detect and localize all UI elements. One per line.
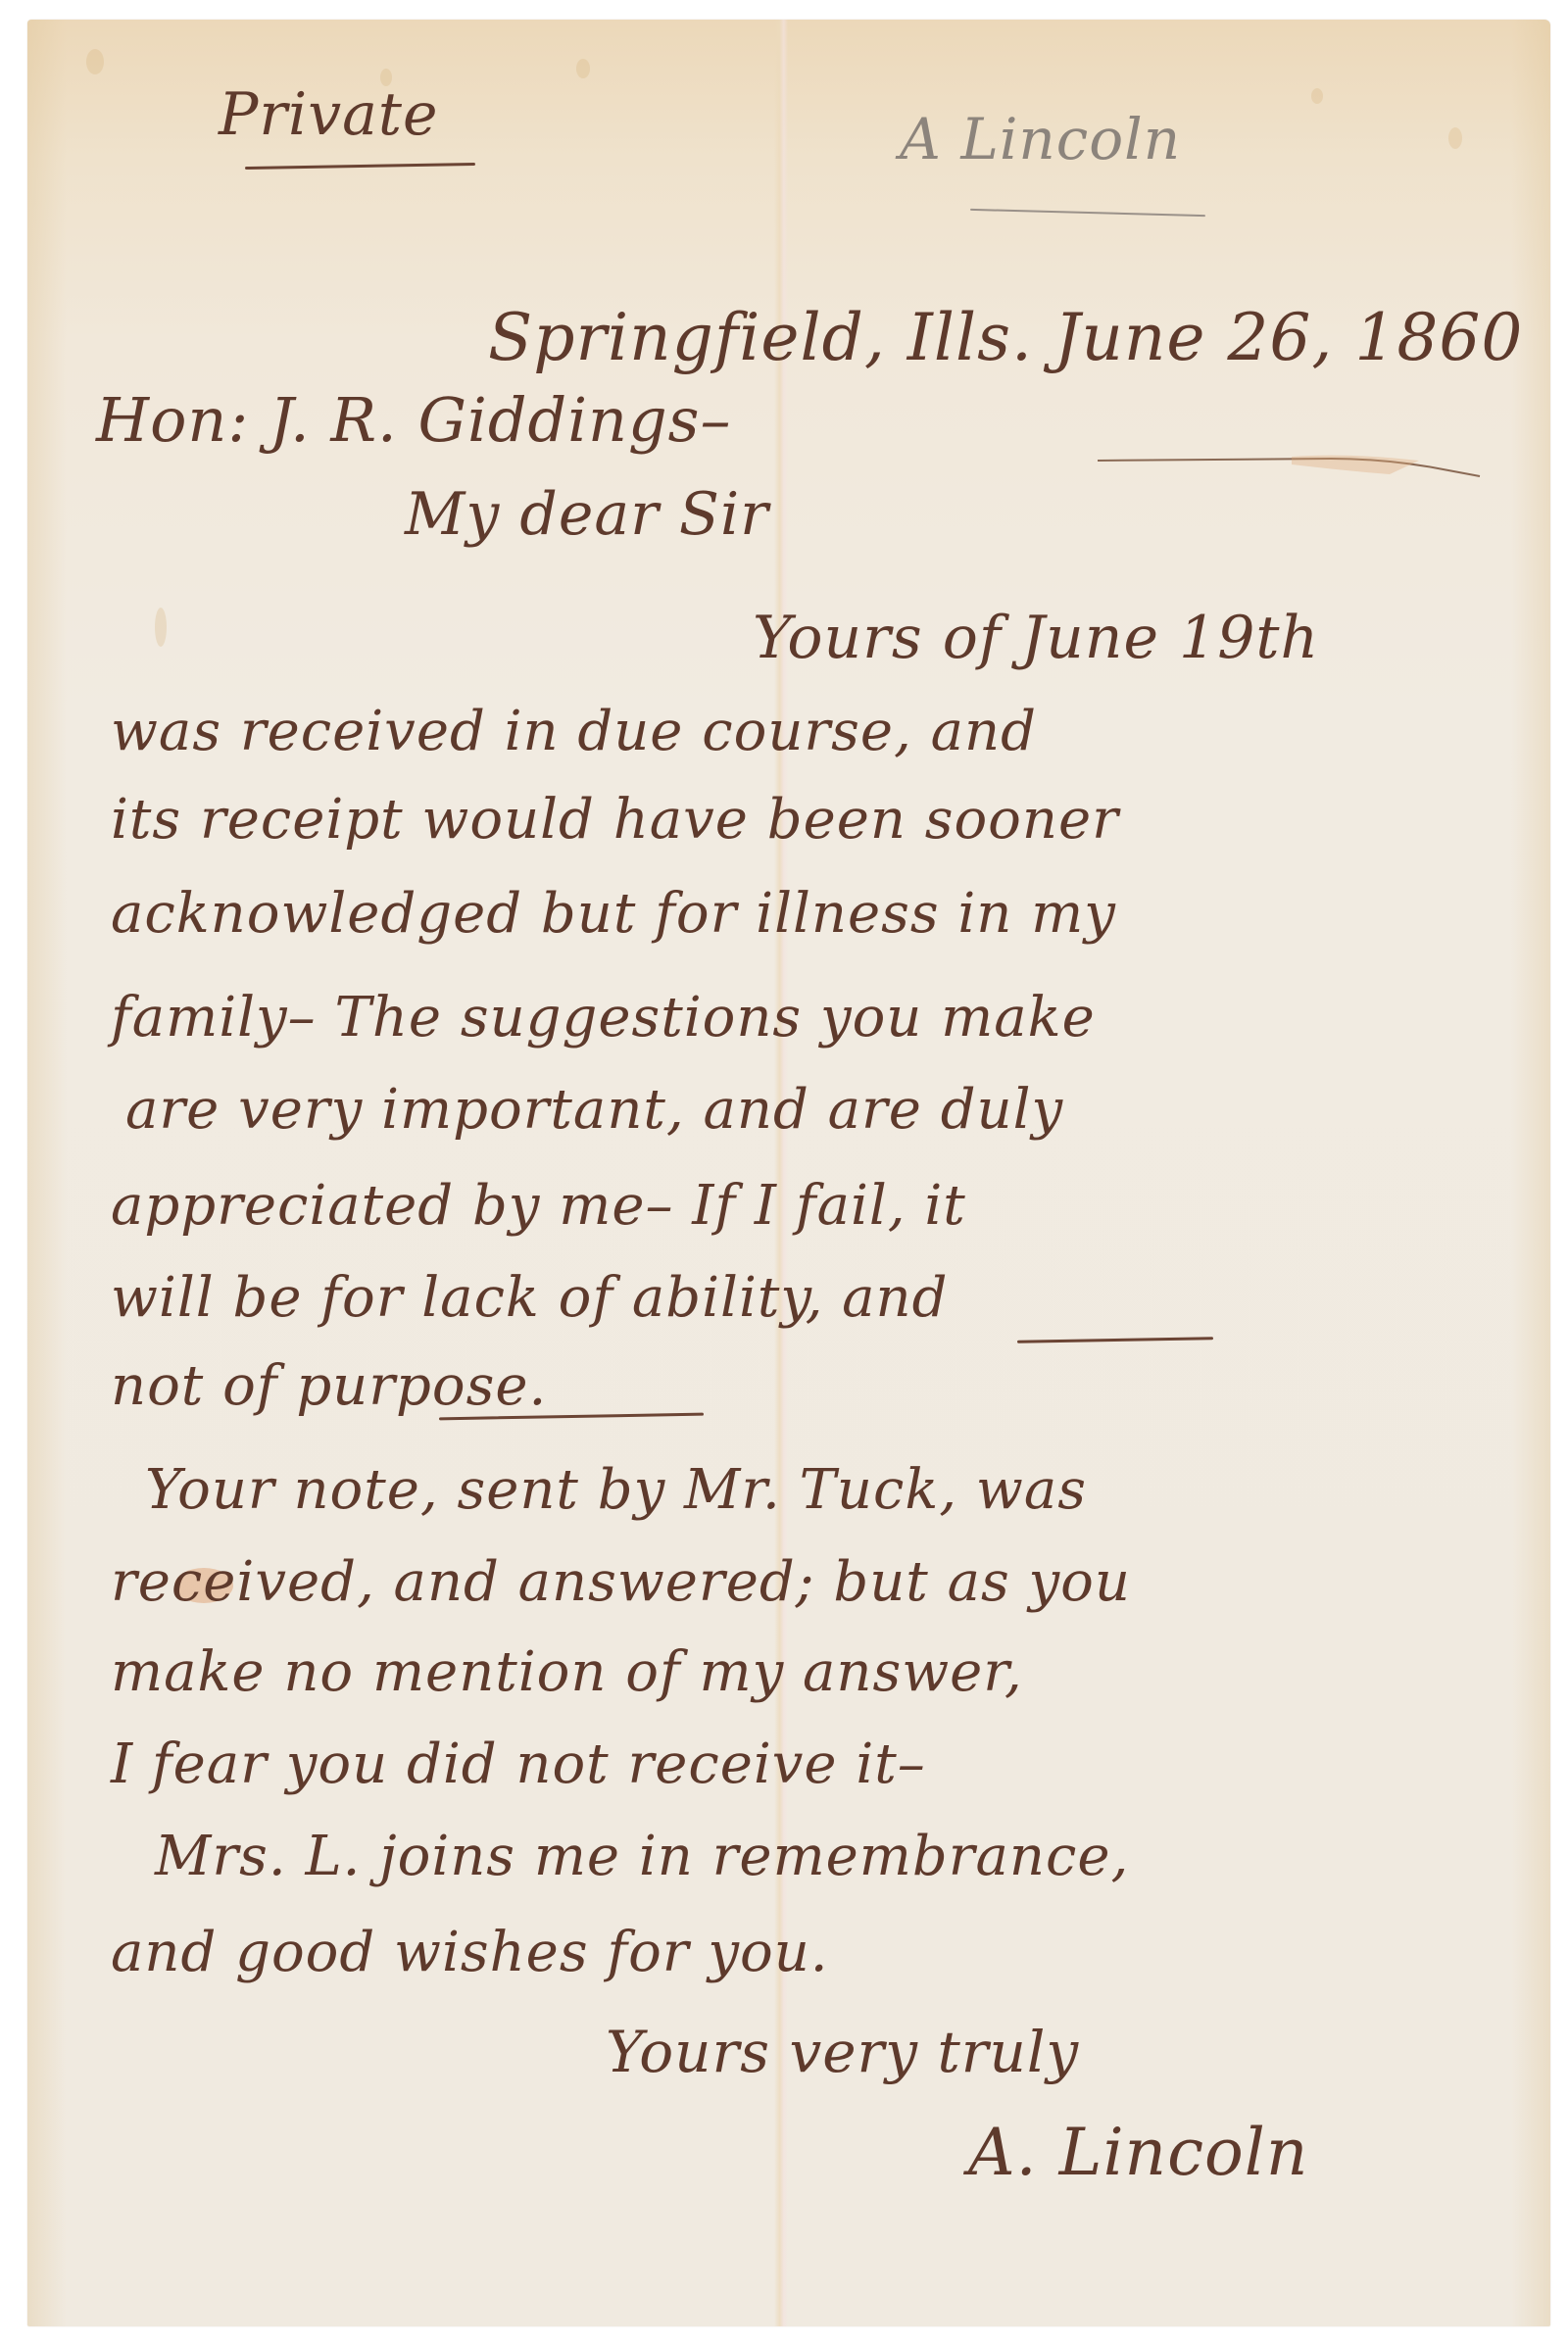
body-line: not of purpose. bbox=[111, 1354, 547, 1418]
dateline: Springfield, Ills. June 26, 1860 bbox=[488, 300, 1523, 375]
private-underline bbox=[245, 163, 475, 170]
body-line: will be for lack of ability, and bbox=[111, 1266, 948, 1330]
foxing-spot bbox=[86, 49, 104, 74]
foxing-spot bbox=[1448, 127, 1462, 149]
body-line: Mrs. L. joins me in remembrance, bbox=[155, 1825, 1129, 1888]
foxing-spot bbox=[155, 608, 167, 647]
addressee: Hon: J. R. Giddings– bbox=[96, 384, 731, 456]
pencil-notation-underline bbox=[970, 209, 1205, 217]
body-line: received, and answered; but as you bbox=[111, 1550, 1131, 1614]
foxing-spot bbox=[576, 59, 590, 78]
feather-artifact bbox=[1096, 449, 1488, 478]
body-line: was received in due course, and bbox=[111, 700, 1037, 763]
body-line: its receipt would have been sooner bbox=[111, 788, 1119, 852]
private-marking: Private bbox=[219, 80, 439, 149]
body-line: Your note, sent by Mr. Tuck, was bbox=[145, 1458, 1087, 1522]
body-line: make no mention of my answer, bbox=[111, 1640, 1023, 1704]
body-line: I fear you did not receive it– bbox=[111, 1733, 926, 1796]
body-line: Yours of June 19th bbox=[753, 604, 1319, 672]
closing: Yours very truly bbox=[606, 2019, 1079, 2085]
foxing-spot bbox=[1311, 88, 1323, 104]
salutation: My dear Sir bbox=[405, 480, 769, 549]
body-line: appreciated by me– If I fail, it bbox=[111, 1174, 966, 1238]
pencil-notation: A Lincoln bbox=[900, 106, 1181, 172]
signature: A. Lincoln bbox=[968, 2115, 1308, 2190]
body-line: and good wishes for you. bbox=[111, 1921, 829, 1984]
letter-sheet: Private A Lincoln Springfield, Ills. Jun… bbox=[27, 20, 1550, 2326]
body-line: family– The suggestions you make bbox=[111, 986, 1096, 1049]
body-line: are very important, and are duly bbox=[125, 1078, 1063, 1142]
body-line: acknowledged but for illness in my bbox=[111, 882, 1116, 946]
ability-underline bbox=[1017, 1337, 1213, 1342]
